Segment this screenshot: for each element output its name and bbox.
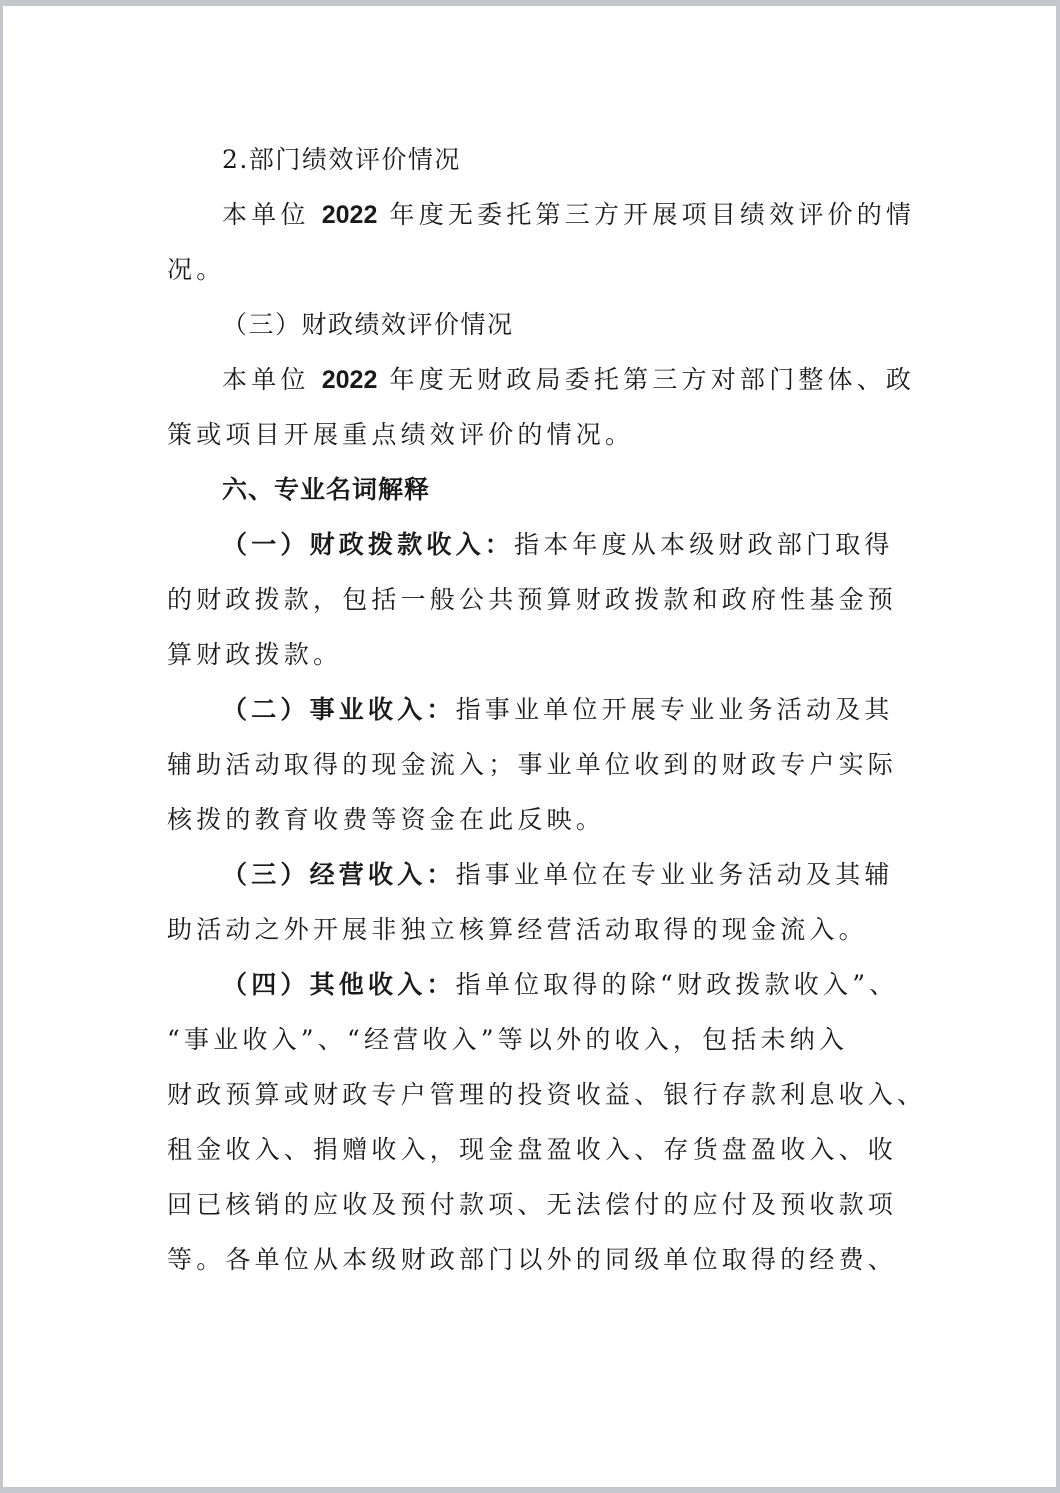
paragraph-line: 助活动之外开展非独立核算经营活动取得的现金流入。 <box>167 910 868 950</box>
paragraph-line: 财政预算或财政专户管理的投资收益、银行存款利息收入、 <box>167 1075 926 1115</box>
paragraph-line: 的财政拨款，包括一般公共预算财政拨款和政府性基金预 <box>167 580 897 620</box>
definition-text: 指本年度从本级财政部门取得 <box>514 530 894 559</box>
term-label: （三）经营收入： <box>222 860 456 889</box>
subsection-heading-finance-eval: （三）财政绩效评价情况 <box>222 305 514 345</box>
text-span: 本单位 <box>222 365 322 394</box>
paragraph-line: 本单位 2022 年度无委托第三方开展项目绩效评价的情 <box>222 195 915 235</box>
term-label: （二）事业收入： <box>222 695 456 724</box>
term-label: （四）其他收入： <box>222 970 456 999</box>
subsection-heading-dept-eval: 2.部门绩效评价情况 <box>222 140 461 180</box>
year-number: 2022 <box>322 366 378 394</box>
paragraph-line: 本单位 2022 年度无财政局委托第三方对部门整体、政 <box>222 360 915 400</box>
definition-text: 指事业单位开展专业业务活动及其 <box>456 695 894 724</box>
paragraph-line: 回已核销的应收及预付款项、无法偿付的应付及预收款项 <box>167 1185 897 1225</box>
definition-text: 指单位取得的除“财政拨款收入”、 <box>456 970 899 999</box>
text-span: 本单位 <box>222 200 322 229</box>
paragraph-line: 等。各单位从本级财政部门以外的同级单位取得的经费、 <box>167 1240 897 1280</box>
paragraph-line: 况。 <box>167 250 225 290</box>
paragraph-line: “事业收入”、“经营收入”等以外的收入，包括未纳入 <box>167 1020 848 1060</box>
term-definition-line: （四）其他收入：指单位取得的除“财政拨款收入”、 <box>222 965 898 1005</box>
section-heading-terms: 六、专业名词解释 <box>222 470 430 510</box>
paragraph-line: 核拨的教育收费等资金在此反映。 <box>167 800 605 840</box>
text-span: 年度无财政局委托第三方对部门整体、政 <box>377 365 915 394</box>
document-page: 2.部门绩效评价情况 本单位 2022 年度无委托第三方开展项目绩效评价的情 况… <box>3 6 1056 1487</box>
definition-text: 指事业单位在专业业务活动及其辅 <box>456 860 894 889</box>
term-definition-line: （一）财政拨款收入：指本年度从本级财政部门取得 <box>222 525 894 565</box>
paragraph-line: 租金收入、捐赠收入，现金盘盈收入、存货盘盈收入、收 <box>167 1130 897 1170</box>
paragraph-line: 辅助活动取得的现金流入；事业单位收到的财政专户实际 <box>167 745 897 785</box>
paragraph-line: 策或项目开展重点绩效评价的情况。 <box>167 415 634 455</box>
term-label: （一）财政拨款收入： <box>222 530 514 559</box>
paragraph-line: 算财政拨款。 <box>167 635 342 675</box>
term-definition-line: （三）经营收入：指事业单位在专业业务活动及其辅 <box>222 855 894 895</box>
text-span: 年度无委托第三方开展项目绩效评价的情 <box>377 200 915 229</box>
term-definition-line: （二）事业收入：指事业单位开展专业业务活动及其 <box>222 690 894 730</box>
year-number: 2022 <box>322 201 378 229</box>
